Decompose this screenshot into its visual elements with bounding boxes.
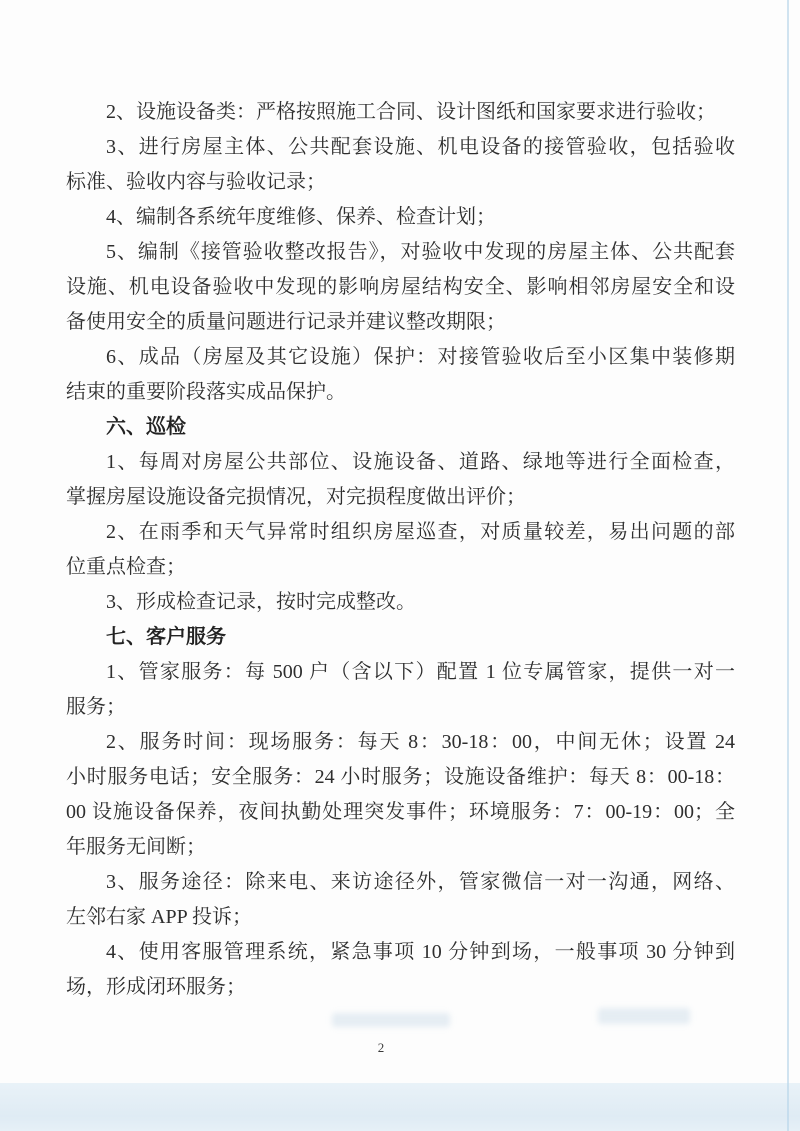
scan-bottom-band <box>0 1083 800 1131</box>
text-line: 4、编制各系统年度维修、保养、检查计划； <box>66 200 735 235</box>
text-line: 结束的重要阶段落实成品保护。 <box>66 375 735 410</box>
text-line: 3、服务途径：除来电、来访途径外，管家微信一对一沟通，网络、 <box>66 865 735 900</box>
text-line: 1、每周对房屋公共部位、设施设备、道路、绿地等进行全面检查， <box>66 445 735 480</box>
text-line: 2、服务时间：现场服务：每天 8：30-18：00，中间无休；设置 24 <box>66 725 735 760</box>
text-line: 左邻右家 APP 投诉； <box>66 900 735 935</box>
text-line: 5、编制《接管验收整改报告》，对验收中发现的房屋主体、公共配套 <box>66 235 735 270</box>
text-line: 2、在雨季和天气异常时组织房屋巡查，对质量较差，易出问题的部 <box>66 515 735 550</box>
text-line: 4、使用客服管理系统，紧急事项 10 分钟到场，一般事项 30 分钟到 <box>66 935 735 970</box>
document-body: 2、设施设备类：严格按照施工合同、设计图纸和国家要求进行验收；3、进行房屋主体、… <box>66 95 735 1005</box>
text-line: 备使用安全的质量问题进行记录并建议整改期限； <box>66 305 735 340</box>
text-line: 1、管家服务：每 500 户（含以下）配置 1 位专属管家，提供一对一 <box>66 655 735 690</box>
page-number: 2 <box>331 1038 431 1058</box>
bleed-through-mark <box>332 1013 450 1027</box>
text-line: 3、进行房屋主体、公共配套设施、机电设备的接管验收，包括验收 <box>66 130 735 165</box>
bleed-through-mark <box>598 1008 690 1024</box>
text-line: 设施、机电设备验收中发现的影响房屋结构安全、影响相邻房屋安全和设 <box>66 270 735 305</box>
text-line: 3、形成检查记录，按时完成整改。 <box>66 585 735 620</box>
text-line: 00 设施设备保养，夜间执勤处理突发事件；环境服务：7：00-19：00；全 <box>66 795 735 830</box>
text-line: 6、成品（房屋及其它设施）保护：对接管验收后至小区集中装修期 <box>66 340 735 375</box>
text-line: 场，形成闭环服务； <box>66 970 735 1005</box>
text-line: 七、客户服务 <box>66 620 735 655</box>
text-line: 位重点检查； <box>66 550 735 585</box>
text-line: 服务； <box>66 690 735 725</box>
text-line: 标准、验收内容与验收记录； <box>66 165 735 200</box>
text-line: 2、设施设备类：严格按照施工合同、设计图纸和国家要求进行验收； <box>66 95 735 130</box>
scan-edge-line <box>787 0 789 1131</box>
text-line: 年服务无间断； <box>66 830 735 865</box>
text-line: 掌握房屋设施设备完损情况，对完损程度做出评价； <box>66 480 735 515</box>
text-line: 六、巡检 <box>66 410 735 445</box>
text-line: 小时服务电话；安全服务：24 小时服务；设施设备维护：每天 8：00-18： <box>66 760 735 795</box>
document-page: 2、设施设备类：严格按照施工合同、设计图纸和国家要求进行验收；3、进行房屋主体、… <box>0 0 800 1131</box>
